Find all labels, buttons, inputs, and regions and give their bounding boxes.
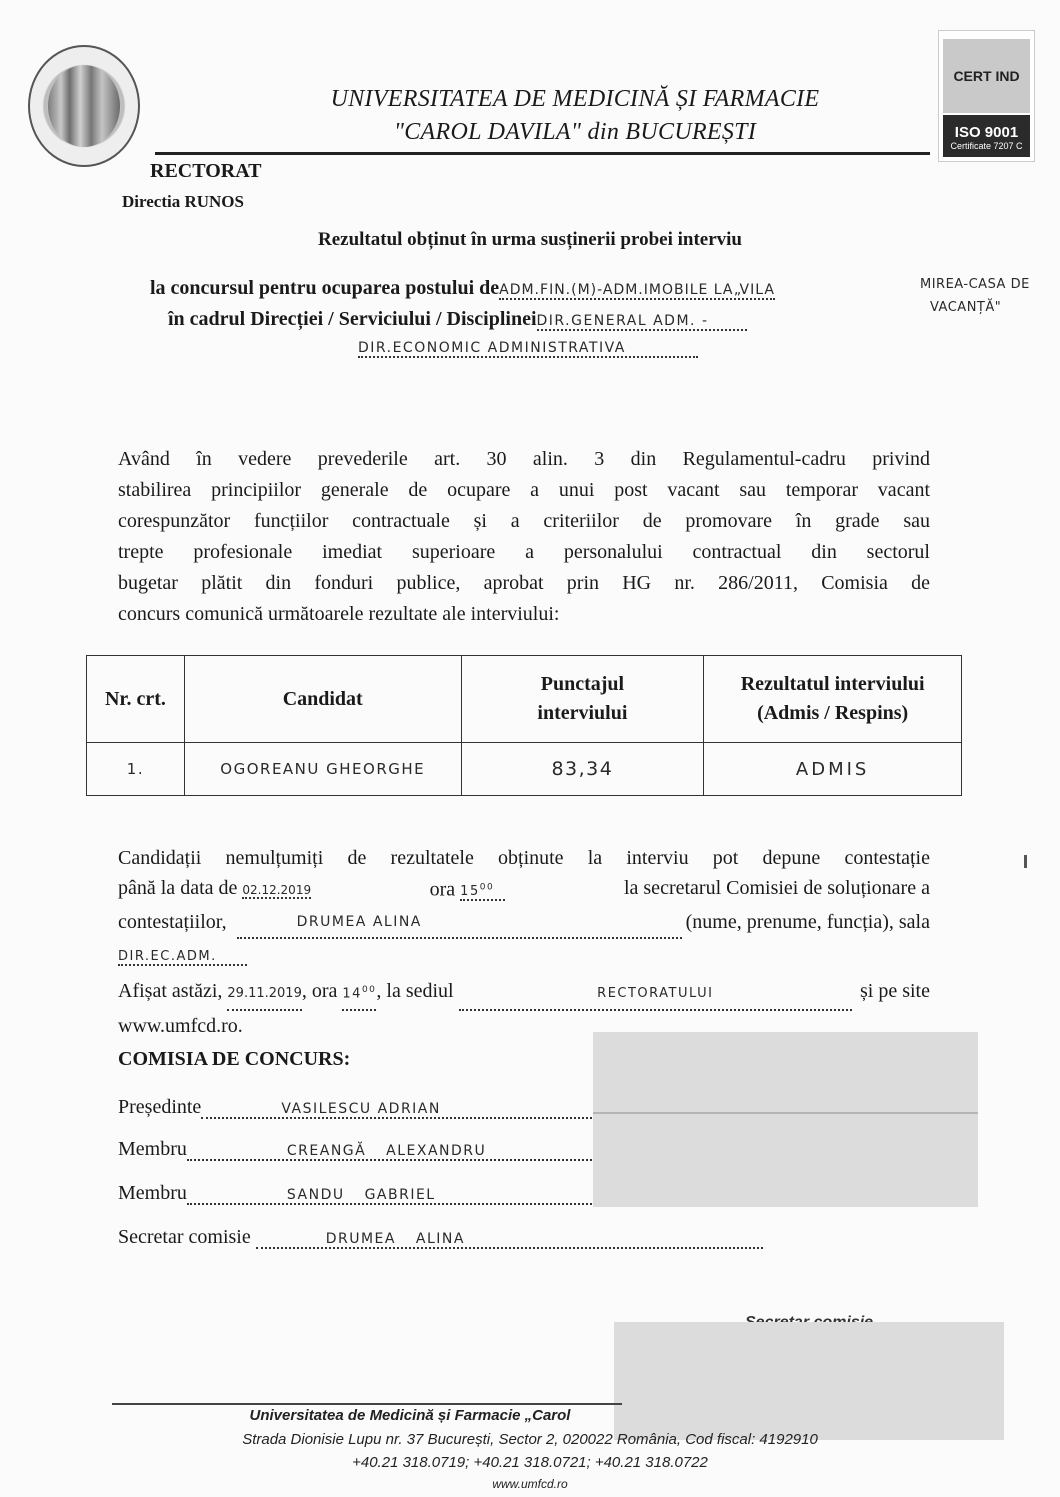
university-name-line1: UNIVERSITATEA DE MEDICINĂ ȘI FARMACIE: [200, 86, 950, 113]
comisia-member-presedinte: PreședinteVASILESCU ADRIAN: [118, 1096, 608, 1119]
contestatie-date: 02.12.2019: [242, 883, 311, 899]
certificate-number: Certificate 7207 C: [943, 141, 1030, 152]
member-role: Președinte: [118, 1096, 201, 1119]
afisat-hour: 1400: [342, 975, 376, 1011]
afisat-sediu: RECTORATULUI: [459, 979, 852, 1011]
footer-university: Universitatea de Medicină și Farmacie „C…: [0, 1407, 940, 1424]
iso-certification-badge: CERT IND ISO 9001 Certificate 7207 C: [938, 30, 1035, 162]
contestatie-secretary: DRUMEA ALINA: [237, 907, 682, 939]
post-value-continued: MIREA-CASA DE: [920, 277, 1030, 292]
afisat-line1: Afișat astăzi, 29.11.2019, ora 1400, la …: [118, 975, 930, 1011]
footer-divider: [112, 1403, 622, 1405]
department-value: DIR.GENERAL ADM. -: [537, 313, 747, 331]
column-header-nr: Nr. crt.: [87, 656, 185, 743]
directia-label: Directia RUNOS: [122, 192, 244, 212]
cert-ind-logo-icon: CERT IND: [943, 39, 1030, 113]
intro-line: corespunzător funcțiilor contractuale și…: [118, 506, 930, 537]
contestatie-line2: până la data de 02.12.2019 ora 1500 la s…: [118, 873, 930, 907]
intro-line: Având în vedere prevederile art. 30 alin…: [118, 444, 930, 475]
document-title: Rezultatul obținut în urma susținerii pr…: [0, 229, 1060, 251]
university-name-line2: "CAROL DAVILA" din BUCUREȘTI: [200, 119, 950, 146]
department-label: în cadrul Direcției / Serviciului / Disc…: [168, 308, 537, 330]
intro-line: trepte profesionale imediat superioare a…: [118, 537, 930, 568]
cell-rezultat: ADMIS: [704, 743, 962, 796]
contestatie-line1: Candidații nemulțumiți de rezultatele ob…: [118, 843, 930, 873]
column-header-rezultat: Rezultatul interviului(Admis / Respins): [704, 656, 962, 743]
column-header-punctaj: Punctajulinterviului: [461, 656, 704, 743]
cell-nr: 1.: [87, 743, 185, 796]
comisia-secretar: Secretar comisie DRUMEA ALINA: [118, 1226, 763, 1249]
cell-punctaj: 83,34: [461, 743, 704, 796]
member-role: Membru: [118, 1138, 187, 1161]
table-row: 1. OGOREANU GHEORGHE 83,34 ADMIS: [87, 743, 962, 796]
comisia-member-2: MembruSANDU GABRIEL: [118, 1182, 608, 1205]
member-name: SANDU GABRIEL: [187, 1187, 608, 1205]
rectorat-label: RECTORAT: [150, 160, 262, 183]
footer-website: www.umfcd.ro: [0, 1477, 1060, 1491]
header-divider: [155, 152, 930, 155]
afisat-date: 29.11.2019: [227, 979, 301, 1011]
post-line: la concursul pentru ocuparea postului de…: [150, 277, 775, 300]
contestatie-line4: DIR.EC.ADM.: [118, 939, 930, 972]
contestatie-line3: contestațiilor, DRUMEA ALINA (nume, pren…: [118, 907, 930, 939]
post-value-continued-2: VACANȚĂ": [930, 300, 1001, 315]
footer-phones: +40.21 318.0719; +40.21 318.0721; +40.21…: [0, 1454, 1060, 1471]
scan-mark: [1024, 855, 1027, 868]
post-label: la concursul pentru ocuparea postului de: [150, 277, 499, 299]
table-header-row: Nr. crt. Candidat Punctajulinterviului R…: [87, 656, 962, 743]
member-name: VASILESCU ADRIAN: [201, 1101, 608, 1119]
comisia-member-1: MembruCREANGĂ ALEXANDRU: [118, 1138, 608, 1161]
redaction-divider: [593, 1112, 978, 1114]
intro-line: stabilirea principiilor generale de ocup…: [118, 475, 930, 506]
contestatie-hour: 1500: [460, 884, 505, 901]
results-table: Nr. crt. Candidat Punctajulinterviului R…: [86, 655, 962, 796]
contestatie-room: DIR.EC.ADM.: [118, 949, 247, 966]
intro-paragraph: Având în vedere prevederile art. 30 alin…: [118, 444, 930, 630]
comisia-title: COMISIA DE CONCURS:: [118, 1048, 350, 1071]
member-name: DRUMEA ALINA: [256, 1231, 763, 1249]
department-line: în cadrul Direcției / Serviciului / Disc…: [168, 308, 747, 331]
intro-line: bugetar plătit din fonduri publice, apro…: [118, 568, 930, 599]
contestatie-paragraph: Candidații nemulțumiți de rezultatele ob…: [118, 843, 930, 972]
member-role: Secretar comisie: [118, 1226, 251, 1249]
member-role: Membru: [118, 1182, 187, 1205]
intro-line: concurs comunică următoarele rezultate a…: [118, 599, 930, 630]
footer-address: Strada Dionisie Lupu nr. 37 București, S…: [0, 1431, 1060, 1448]
column-header-candidat: Candidat: [184, 656, 461, 743]
cell-candidat: OGOREANU GHEORGHE: [184, 743, 461, 796]
post-value: ADM.FIN.(M)-ADM.IMOBILE LA„VILA: [499, 282, 775, 300]
redacted-signatures: [593, 1032, 978, 1207]
department-value-line2: DIR.ECONOMIC ADMINISTRATIVA: [358, 340, 698, 358]
iso-standard: ISO 9001: [943, 125, 1030, 141]
member-name: CREANGĂ ALEXANDRU: [187, 1143, 608, 1161]
university-seal-icon: [28, 45, 140, 167]
